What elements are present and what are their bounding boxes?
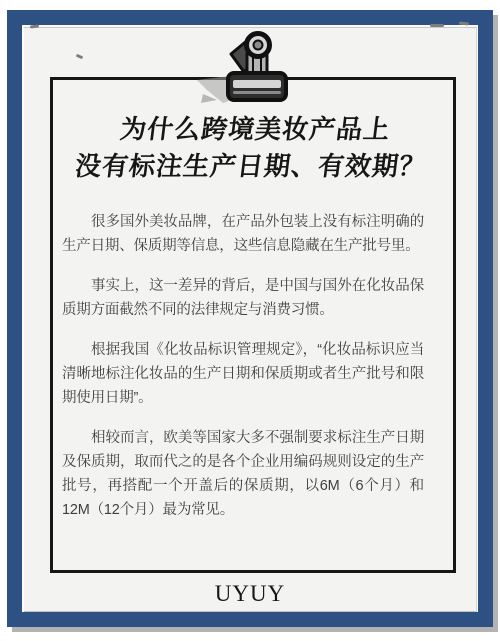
article-body: 很多国外美妆品牌，在产品外包装上没有标注明确的生产日期、保质期等信息，这些信息隐…: [62, 210, 424, 538]
paragraph-1: 很多国外美妆品牌，在产品外包装上没有标注明确的生产日期、保质期等信息，这些信息隐…: [62, 210, 424, 258]
poster-title: 为什么跨境美妆产品上 没有标注生产日期、有效期？: [45, 111, 460, 185]
title-line-1: 为什么跨境美妆产品上: [118, 114, 392, 144]
paper-edge-mark: [430, 24, 444, 27]
title-line-2: 没有标注生产日期、有效期？: [73, 151, 428, 181]
paragraph-2: 事实上，这一差异的背后，是中国与国外在化妆品保质期方面截然不同的法律规定与消费习…: [62, 274, 424, 322]
brand-logo: UYUY: [0, 581, 500, 607]
paragraph-4: 相较而言，欧美等国家大多不强制要求标注生产日期及保质期，取而代之的是各个企业用编…: [62, 426, 424, 522]
paragraph-3: 根据我国《化妆品标识管理规定》，“化妆品标识应当清晰地标注化妆品的生产日期和保质…: [62, 338, 424, 410]
poster-screenshot: { "poster": { "title_lines": [ "为什么跨境美妆产…: [0, 0, 500, 641]
binder-clip-icon: [195, 30, 295, 110]
